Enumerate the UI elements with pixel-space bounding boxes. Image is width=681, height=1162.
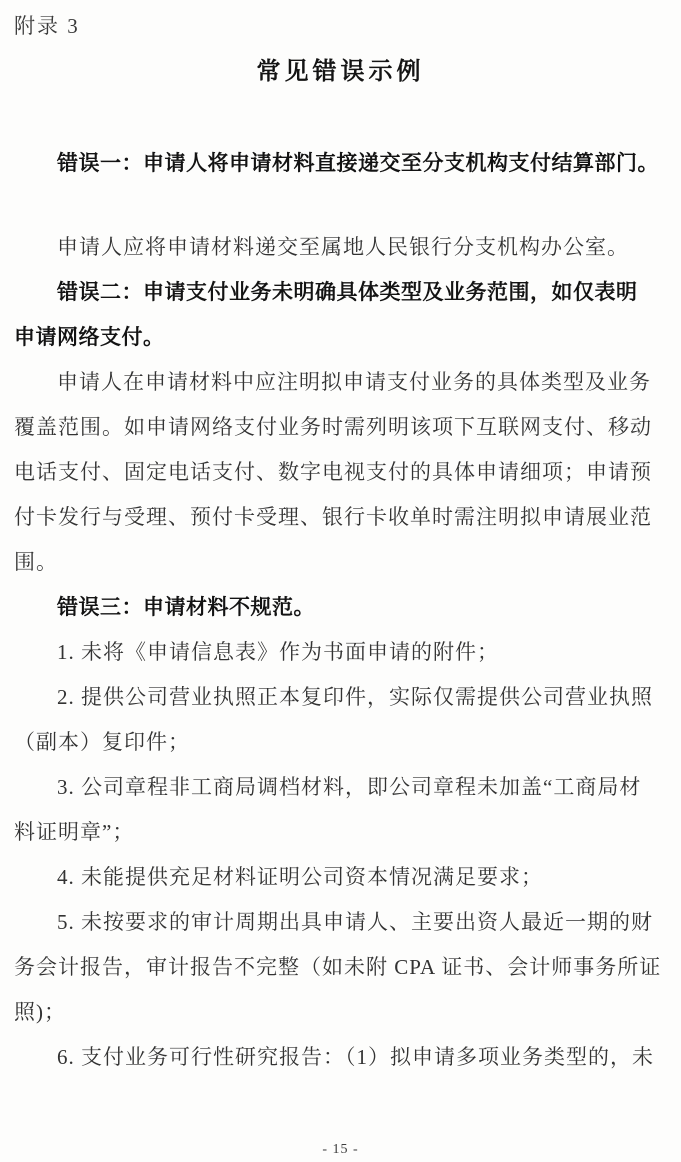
list-item-3: 3. 公司章程非工商局调档材料，即公司章程未加盖“工商局材: [14, 765, 667, 810]
body-line: 付卡发行与受理、预付卡受理、银行卡收单时需注明拟申请展业范: [14, 495, 667, 540]
document-page: 附录 3 常见错误示例 错误一：申请人将申请材料直接递交至分支机构支付结算部门。…: [0, 0, 681, 1162]
page-title: 常见错误示例: [14, 50, 667, 95]
error-two-heading: 错误二：申请支付业务未明确具体类型及业务范围，如仅表明: [14, 270, 667, 315]
list-item-5-cont: 务会计报告，审计报告不完整（如未附 CPA 证书、会计师事务所证: [14, 945, 667, 990]
list-item-2-cont: （副本）复印件；: [14, 720, 667, 765]
body-line: 申请人应将申请材料递交至属地人民银行分支机构办公室。: [14, 225, 667, 270]
list-item-4: 4. 未能提供充足材料证明公司资本情况满足要求；: [14, 855, 667, 900]
list-item-1: 1. 未将《申请信息表》作为书面申请的附件；: [14, 630, 667, 675]
list-item-6: 6. 支付业务可行性研究报告：（1）拟申请多项业务类型的，未: [14, 1035, 667, 1080]
list-item-5: 5. 未按要求的审计周期出具申请人、主要出资人最近一期的财: [14, 900, 667, 945]
body-line: 电话支付、固定电话支付、数字电视支付的具体申请细项；申请预: [14, 450, 667, 495]
page-number: - 15 -: [14, 1140, 667, 1160]
body-line: 围。: [14, 540, 667, 585]
error-three-heading: 错误三：申请材料不规范。: [14, 585, 667, 630]
error-two-heading-cont: 申请网络支付。: [14, 315, 667, 360]
error-one-heading: 错误一：申请人将申请材料直接递交至分支机构支付结算部门。: [14, 141, 667, 186]
list-item-3-cont: 料证明章”；: [14, 810, 667, 855]
body-line: 覆盖范围。如申请网络支付业务时需列明该项下互联网支付、移动: [14, 405, 667, 450]
list-item-5-cont2: 照)；: [14, 990, 667, 1035]
appendix-label: 附录 3: [14, 6, 667, 46]
body-line: 申请人在申请材料中应注明拟申请支付业务的具体类型及业务: [14, 360, 667, 405]
list-item-2: 2. 提供公司营业执照正本复印件，实际仅需提供公司营业执照: [14, 675, 667, 720]
